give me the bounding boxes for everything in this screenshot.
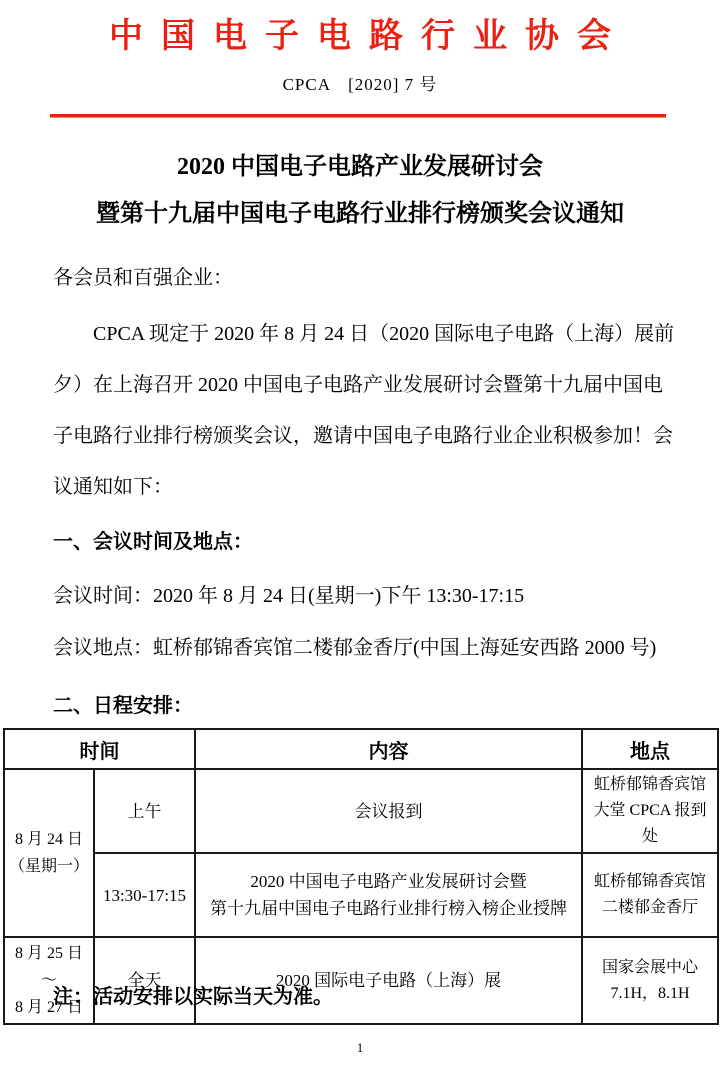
page-number: 1 bbox=[0, 1040, 720, 1056]
meeting-time-line: 会议时间：2020 年 8 月 24 日(星期一)下午 13:30-17:15 bbox=[53, 581, 524, 611]
table-header-row: 时间 内容 地点 bbox=[4, 729, 718, 769]
cell-content-seminar: 2020 中国电子电路产业发展研讨会暨 第十九届中国电子电路行业排行榜入榜企业授… bbox=[195, 853, 582, 937]
doc-number: CPCA [2020] 7 号 bbox=[0, 70, 720, 95]
table-row: 8 月 24 日 （星期一） 上午 会议报到 虹桥郁锦香宾馆 大堂 CPCA 报… bbox=[4, 769, 718, 853]
document-page: 中国电子电路行业协会 CPCA [2020] 7 号 2020 中国电子电路产业… bbox=[0, 0, 720, 1068]
cell-date-aug24: 8 月 24 日 （星期一） bbox=[4, 769, 94, 937]
cell-location-lobby: 虹桥郁锦香宾馆 大堂 CPCA 报到处 bbox=[582, 769, 718, 853]
header-time: 时间 bbox=[4, 729, 195, 769]
doc-title-line2: 暨第十九届中国电子电路行业排行榜颁奖会议通知 bbox=[0, 191, 720, 238]
cell-content-registration: 会议报到 bbox=[195, 769, 582, 853]
note-line: 注：活动安排以实际当天为准。 bbox=[53, 981, 333, 1013]
meeting-place-line: 会议地点：虹桥郁锦香宾馆二楼郁金香厅(中国上海延安西路 2000 号) bbox=[53, 633, 656, 663]
doc-title-line1: 2020 中国电子电路产业发展研讨会 bbox=[0, 144, 720, 191]
paragraph-line: 夕）在上海召开 2020 中国电子电路产业发展研讨会暨第十九届中国电 bbox=[53, 360, 670, 411]
table-row: 13:30-17:15 2020 中国电子电路产业发展研讨会暨 第十九届中国电子… bbox=[4, 853, 718, 937]
body-paragraph: CPCA 现定于 2020 年 8 月 24 日（2020 国际电子电路（上海）… bbox=[53, 309, 670, 513]
letterhead-divider bbox=[50, 114, 666, 118]
paragraph-line: 议通知如下： bbox=[53, 462, 670, 513]
header-content: 内容 bbox=[195, 729, 582, 769]
paragraph-line: 子电路行业排行榜颁奖会议，邀请中国电子电路行业企业积极参加！会 bbox=[53, 411, 670, 462]
doc-title: 2020 中国电子电路产业发展研讨会 暨第十九届中国电子电路行业排行榜颁奖会议通… bbox=[0, 144, 720, 238]
salutation: 各会员和百强企业： bbox=[53, 262, 233, 294]
section1-heading: 一、会议时间及地点： bbox=[53, 527, 253, 557]
header-location: 地点 bbox=[582, 729, 718, 769]
cell-time-afternoon: 13:30-17:15 bbox=[94, 853, 195, 937]
cell-location-hall: 虹桥郁锦香宾馆 二楼郁金香厅 bbox=[582, 853, 718, 937]
cell-location-necc: 国家会展中心 7.1H，8.1H bbox=[582, 937, 718, 1024]
section2-heading: 二、日程安排： bbox=[53, 691, 193, 721]
org-name: 中国电子电路行业协会 bbox=[0, 8, 720, 57]
cell-time-morning: 上午 bbox=[94, 769, 195, 853]
paragraph-line: CPCA 现定于 2020 年 8 月 24 日（2020 国际电子电路（上海）… bbox=[53, 309, 670, 360]
